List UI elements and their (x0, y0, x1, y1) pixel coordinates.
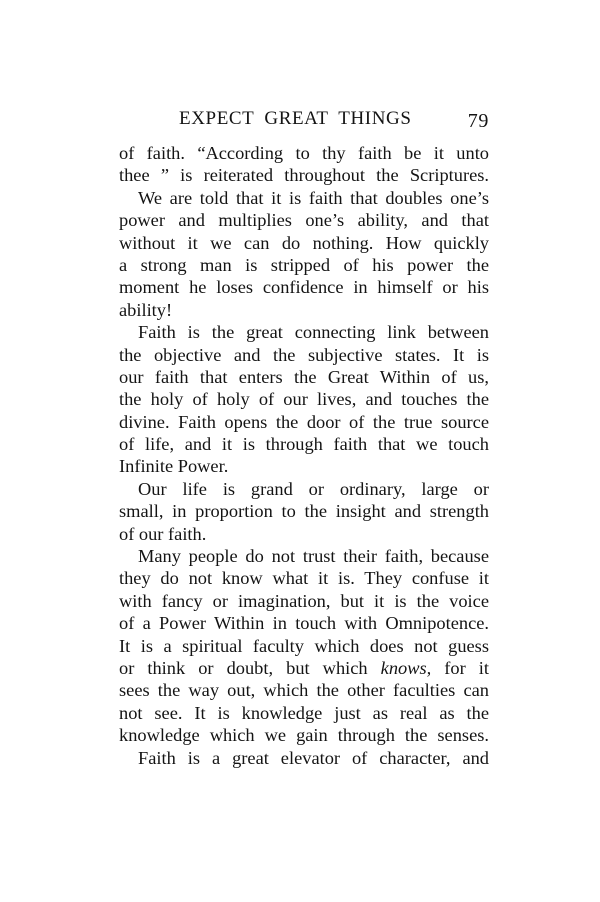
text-line: or think or doubt, but which knows, for … (119, 657, 489, 679)
text-line: without it we can do nothing. How quickl… (119, 232, 489, 254)
text-line: they do not know what it is. They confus… (119, 567, 489, 589)
text-line: small, in proportion to the insight and … (119, 500, 489, 522)
running-title: EXPECT GREAT THINGS (179, 108, 412, 130)
text-line: of a Power Within in touch with Omnipote… (119, 612, 489, 634)
text-line: ability! (119, 299, 489, 321)
running-head: EXPECT GREAT THINGS 79 (119, 106, 489, 134)
text-line: Faith is a great elevator of character, … (119, 747, 489, 769)
text-line: the objective and the subjective states.… (119, 344, 489, 366)
text-line: It is a spiritual faculty which does not… (119, 635, 489, 657)
text-line: our faith that enters the Great Within o… (119, 366, 489, 388)
text-segment: for it (431, 658, 489, 678)
book-page: EXPECT GREAT THINGS 79 of faith. “Accord… (0, 0, 600, 902)
text-line: Our life is grand or ordinary, large or (119, 478, 489, 500)
text-line: with fancy or imagination, but it is the… (119, 590, 489, 612)
italic-emphasis: knows, (381, 658, 432, 678)
text-line: of our faith. (119, 523, 489, 545)
text-line: We are told that it is faith that double… (119, 187, 489, 209)
text-line: of faith. “According to thy faith be it … (119, 142, 489, 164)
body-text: of faith. “According to thy faith be it … (119, 142, 489, 769)
text-line: Many people do not trust their faith, be… (119, 545, 489, 567)
text-line: moment he loses confidence in himself or… (119, 276, 489, 298)
text-line: not see. It is knowledge just as real as… (119, 702, 489, 724)
text-line: thee ” is reiterated throughout the Scri… (119, 164, 489, 186)
text-line: sees the way out, which the other facult… (119, 679, 489, 701)
text-line: Faith is the great connecting link betwe… (119, 321, 489, 343)
text-line: Infinite Power. (119, 455, 489, 477)
text-line: the holy of holy of our lives, and touch… (119, 388, 489, 410)
text-line: power and multiplies one’s ability, and … (119, 209, 489, 231)
text-line: knowledge which we gain through the sens… (119, 724, 489, 746)
text-line: a strong man is stripped of his power th… (119, 254, 489, 276)
text-segment: or think or doubt, but which (119, 658, 381, 678)
text-line: divine. Faith opens the door of the true… (119, 411, 489, 433)
page-number: 79 (468, 110, 489, 133)
text-line: of life, and it is through faith that we… (119, 433, 489, 455)
